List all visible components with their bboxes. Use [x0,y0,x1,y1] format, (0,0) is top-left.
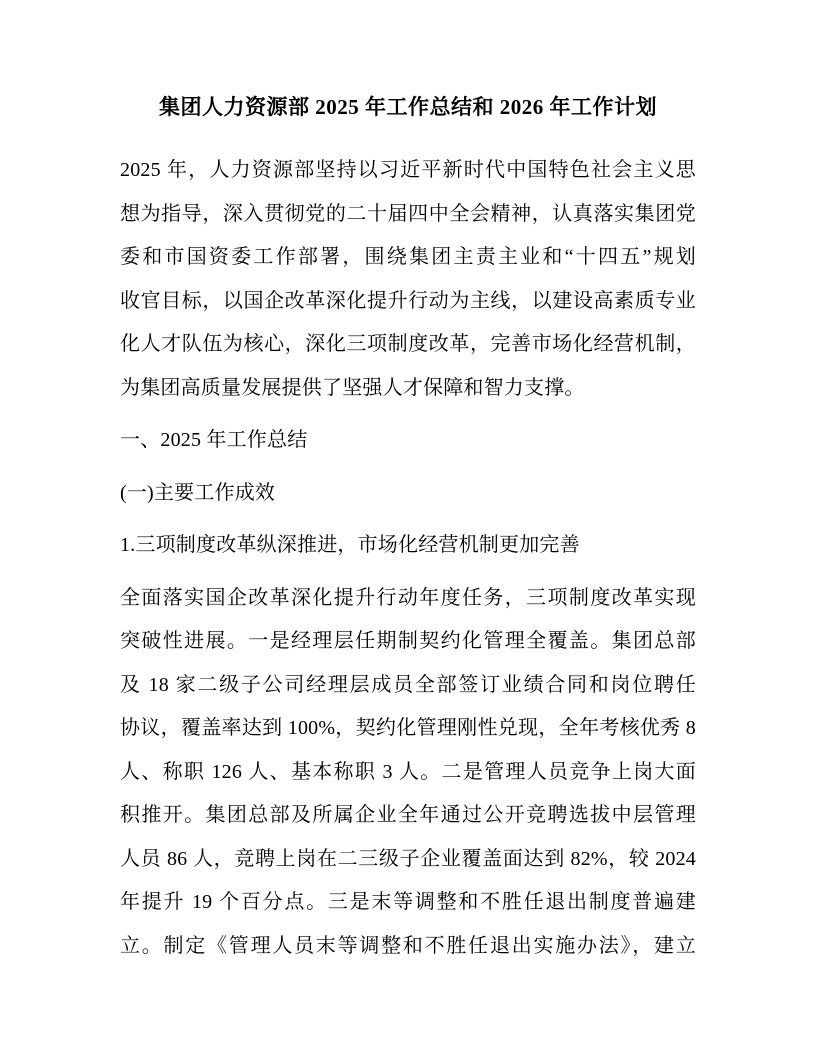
heading-level-3: 1.三项制度改革纵深推进，市场化经营机制更加完善 [120,524,696,568]
document-page: 集团人力资源部 2025 年工作总结和 2026 年工作计划 2025 年，人力… [0,0,816,1056]
heading-level-1: 一、2025 年工作总结 [120,419,696,463]
text-line: 及 18 家二级子公司经理层成员全部签订业绩合同和岗位聘任 [120,664,696,708]
text-line: 化人才队伍为核心，深化三项制度改革，完善市场化经营机制， [120,323,696,367]
text-line: 1.三项制度改革纵深推进，市场化经营机制更加完善 [120,524,696,568]
text-line: 委和市国资委工作部署，围绕集团主责主业和“十四五”规划 [120,236,696,280]
text-line: 为集团高质量发展提供了坚强人才保障和智力支撑。 [120,367,696,411]
text-line: 立。制定《管理人员末等调整和不胜任退出实施办法》，建立 [120,925,696,969]
text-line: 2025 年，人力资源部坚持以习近平新时代中国特色社会主义思 [120,149,696,193]
paragraph: 2025 年，人力资源部坚持以习近平新时代中国特色社会主义思想为指导，深入贯彻党… [120,149,696,410]
text-line: 一、2025 年工作总结 [120,419,696,463]
text-line: 积推开。集团总部及所属企业全年通过公开竞聘选拔中层管理 [120,794,696,838]
text-line: 人、称职 126 人、基本称职 3 人。二是管理人员竞争上岗大面 [120,751,696,795]
text-line: 想为指导，深入贯彻党的二十届四中全会精神，认真落实集团党 [120,193,696,237]
text-line: 年提升 19 个百分点。三是末等调整和不胜任退出制度普遍建 [120,881,696,925]
paragraph: 全面落实国企改革深化提升行动年度任务，三项制度改革实现突破性进展。一是经理层任期… [120,577,696,969]
text-line: 突破性进展。一是经理层任期制契约化管理全覆盖。集团总部 [120,620,696,664]
text-line: (一)主要工作成效 [120,472,696,516]
text-line: 全面落实国企改革深化提升行动年度任务，三项制度改革实现 [120,577,696,621]
heading-level-2: (一)主要工作成效 [120,472,696,516]
document-title: 集团人力资源部 2025 年工作总结和 2026 年工作计划 [120,92,696,122]
document-body: 2025 年，人力资源部坚持以习近平新时代中国特色社会主义思想为指导，深入贯彻党… [120,149,696,968]
text-line: 人员 86 人，竞聘上岗在二三级子企业覆盖面达到 82%，较 2024 [120,838,696,882]
text-line: 协议，覆盖率达到 100%，契约化管理刚性兑现，全年考核优秀 8 [120,707,696,751]
text-line: 收官目标，以国企改革深化提升行动为主线，以建设高素质专业 [120,280,696,324]
